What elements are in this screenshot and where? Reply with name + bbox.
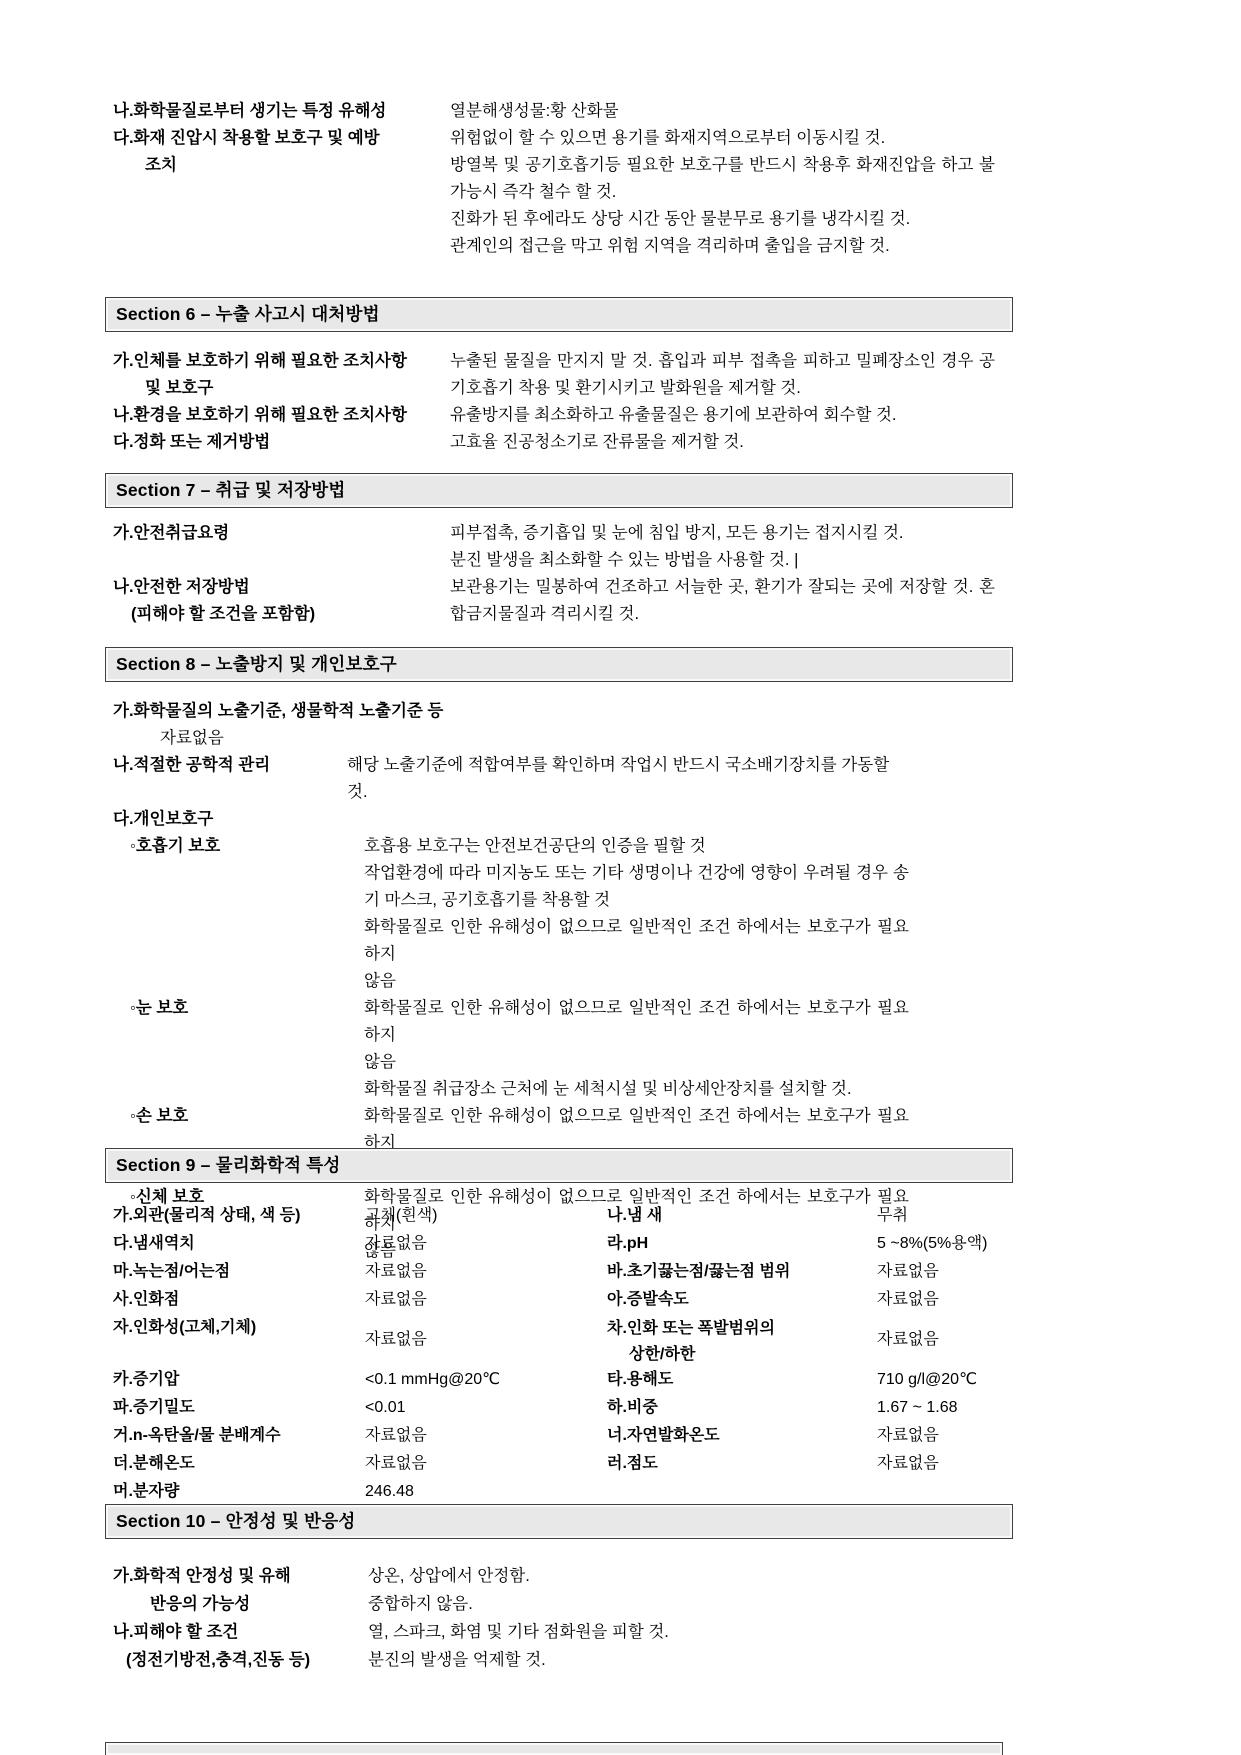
property-value: 자료없음: [365, 1258, 607, 1286]
label-line-2: 반응의 가능성: [113, 1590, 368, 1618]
value-line: 열분해생성물:황 산화물: [450, 98, 995, 125]
field-value: 열분해생성물:황 산화물: [450, 98, 995, 125]
field-label: 다.개인보호구: [113, 806, 1003, 833]
field-label: 가.화학물질의 노출기준, 생물학적 노출기준 등: [113, 698, 1003, 725]
value-line: 화학물질로 인한 유해성이 없으므로 일반적인 조건 하에서는 보호구가 필요하…: [364, 914, 909, 968]
section10-body: 가.화학적 안정성 및 유해 반응의 가능성 상온, 상압에서 안정함. 중합하…: [105, 1562, 1003, 1674]
value-line: 상온, 상압에서 안정함.: [368, 1562, 1003, 1590]
property-value: <0.01: [365, 1394, 607, 1422]
property-value: 고체(흰색): [365, 1202, 607, 1230]
ppe-row-respiratory: ◦호흡기 보호 호흡용 보호구는 안전보건공단의 인증을 필할 것 작업환경에 …: [113, 833, 1003, 995]
value-line: 분진 발생을 최소화할 수 있는 방법을 사용할 것. |: [450, 547, 995, 574]
property-label: 마.녹는점/어는점: [113, 1258, 365, 1286]
property-value: 자료없음: [365, 1450, 607, 1478]
section9-title: Section 9 – 물리화학적 특성: [116, 1152, 340, 1179]
property-value: [877, 1478, 1003, 1506]
field-row: 나.환경을 보호하기 위해 필요한 조치사항 유출방지를 최소화하고 유출물질은…: [113, 402, 1003, 429]
table-row: 마.녹는점/어는점 자료없음 바.초기끓는점/끓는점 범위 자료없음: [113, 1258, 1003, 1286]
property-label: 카.증기압: [113, 1366, 365, 1394]
property-value: 자료없음: [365, 1286, 607, 1314]
field-value: 상온, 상압에서 안정함. 중합하지 않음.: [368, 1562, 1003, 1618]
property-label: 하.비중: [607, 1394, 877, 1422]
section6-title: Section 6 – 누출 사고시 대처방법: [116, 301, 380, 328]
value-line: 화학물질로 인한 유해성이 없으므로 일반적인 조건 하에서는 보호구가 필요하…: [364, 995, 909, 1049]
property-value: 자료없음: [877, 1326, 1003, 1354]
section7-header: Section 7 – 취급 및 저장방법: [105, 473, 1013, 508]
value-line: 위험없이 할 수 있으면 용기를 화재지역으로부터 이동시킬 것.: [450, 125, 995, 152]
field-value: 고효율 진공청소기로 잔류물을 제거할 것.: [450, 429, 995, 456]
field-label: 나.환경을 보호하기 위해 필요한 조치사항: [113, 402, 450, 429]
property-value: 자료없음: [877, 1422, 1003, 1450]
label-line-2: (피해야 할 조건을 포함함): [113, 601, 450, 628]
ppe-row-eye: ◦눈 보호 화학물질로 인한 유해성이 없으므로 일반적인 조건 하에서는 보호…: [113, 995, 1003, 1103]
property-value: 1.67 ~ 1.68: [877, 1394, 1003, 1422]
table-row: 카.증기압 <0.1 mmHg@20℃ 타.용해도 710 g/l@20℃: [113, 1366, 1003, 1394]
value-line: 중합하지 않음.: [368, 1590, 1003, 1618]
property-label: 머.분자량: [113, 1478, 365, 1506]
section9-properties-table: 가.외관(물리적 상태, 색 등) 고체(흰색) 나.냄 새 무취 다.냄새역치…: [105, 1202, 1003, 1506]
field-value: 보관용기는 밀봉하여 건조하고 서늘한 곳, 환기가 잘되는 곳에 저장할 것.…: [450, 574, 995, 628]
label-line-1: 나.피해야 할 조건: [113, 1618, 368, 1646]
table-row: 더.분해온도 자료없음 러.점도 자료없음: [113, 1450, 1003, 1478]
field-row: 나.안전한 저장방법 (피해야 할 조건을 포함함) 보관용기는 밀봉하여 건조…: [113, 574, 1003, 628]
value-line: 누출된 물질을 만지지 말 것. 흡입과 피부 접촉을 피하고 밀폐장소인 경우…: [450, 348, 995, 402]
table-row: 파.증기밀도 <0.01 하.비중 1.67 ~ 1.68: [113, 1394, 1003, 1422]
property-label: 거.n-옥탄올/물 분배계수: [113, 1422, 365, 1450]
property-value: 무취: [877, 1202, 1003, 1230]
field-row: 나.피해야 할 조건 (정전기방전,충격,진동 등) 열, 스파크, 화염 및 …: [113, 1618, 1003, 1674]
property-label: 사.인화점: [113, 1286, 365, 1314]
label-line-2: 조치: [113, 152, 450, 179]
field-row: 가.화학적 안정성 및 유해 반응의 가능성 상온, 상압에서 안정함. 중합하…: [113, 1562, 1003, 1618]
value-line: 않음: [364, 1049, 909, 1076]
field-label: 나.적절한 공학적 관리: [113, 752, 347, 806]
section6-body: 가.인체를 보호하기 위해 필요한 조치사항 및 보호구 누출된 물질을 만지지…: [105, 348, 1003, 456]
property-label: [607, 1478, 877, 1506]
table-row: 사.인화점 자료없음 아.증발속도 자료없음: [113, 1286, 1003, 1314]
section9-header: Section 9 – 물리화학적 특성: [105, 1148, 1013, 1183]
field-row: 나.적절한 공학적 관리 해당 노출기준에 적합여부를 확인하며 작업시 반드시…: [113, 752, 1003, 806]
field-label: 가.안전취급요령: [113, 520, 450, 574]
table-row: 자.인화성(고체,기체) 자료없음 차.인화 또는 폭발범위의 상한/하한 자료…: [113, 1314, 1003, 1366]
value-line: 호흡용 보호구는 안전보건공단의 인증을 필할 것: [364, 833, 909, 860]
property-value: 자료없음: [877, 1450, 1003, 1478]
label-line-2: 상한/하한: [607, 1342, 877, 1368]
field-label: 나.피해야 할 조건 (정전기방전,충격,진동 등): [113, 1618, 368, 1674]
property-value: 자료없음: [365, 1326, 607, 1354]
property-label: 나.냄 새: [607, 1202, 877, 1230]
section8-header: Section 8 – 노출방지 및 개인보호구: [105, 647, 1013, 682]
field-label: 다.화재 진압시 착용할 보호구 및 예방 조치: [113, 125, 450, 260]
field-value: 누출된 물질을 만지지 말 것. 흡입과 피부 접촉을 피하고 밀폐장소인 경우…: [450, 348, 995, 402]
table-row: 머.분자량 246.48: [113, 1478, 1003, 1506]
property-value: 자료없음: [365, 1230, 607, 1258]
property-value: 5 ~8%(5%용액): [877, 1230, 1003, 1258]
section10-title: Section 10 – 안정성 및 반응성: [116, 1508, 355, 1535]
value-line: 유출방지를 최소화하고 유출물질은 용기에 보관하여 회수할 것.: [450, 402, 995, 429]
value-line: 진화가 된 후에라도 상당 시간 동안 물분무로 용기를 냉각시킬 것.: [450, 206, 995, 233]
field-label: 다.정화 또는 제거방법: [113, 429, 450, 456]
field-label: 나.안전한 저장방법 (피해야 할 조건을 포함함): [113, 574, 450, 628]
next-section-header-cutoff: [105, 1742, 1003, 1755]
property-label: 다.냄새역치: [113, 1230, 365, 1258]
property-label: 아.증발속도: [607, 1286, 877, 1314]
property-value: <0.1 mmHg@20℃: [365, 1366, 607, 1394]
property-label: 파.증기밀도: [113, 1394, 365, 1422]
property-label: 자.인화성(고체,기체): [113, 1314, 365, 1342]
field-value: 유출방지를 최소화하고 유출물질은 용기에 보관하여 회수할 것.: [450, 402, 995, 429]
property-label: 차.인화 또는 폭발범위의 상한/하한: [607, 1314, 877, 1368]
value-line: 작업환경에 따라 미지농도 또는 기타 생명이나 건강에 영향이 우려될 경우 …: [364, 860, 909, 914]
table-row: 가.외관(물리적 상태, 색 등) 고체(흰색) 나.냄 새 무취: [113, 1202, 1003, 1230]
field-value: 피부접촉, 증기흡입 및 눈에 침입 방지, 모든 용기는 접지시킬 것. 분진…: [450, 520, 995, 574]
label-line-1: 가.화학적 안정성 및 유해: [113, 1562, 368, 1590]
value-line: 피부접촉, 증기흡입 및 눈에 침입 방지, 모든 용기는 접지시킬 것.: [450, 520, 995, 547]
section7-body: 가.안전취급요령 피부접촉, 증기흡입 및 눈에 침입 방지, 모든 용기는 접…: [105, 520, 1003, 628]
property-value: 자료없음: [877, 1286, 1003, 1314]
value-line: 고효율 진공청소기로 잔류물을 제거할 것.: [450, 429, 995, 456]
field-row: 가.인체를 보호하기 위해 필요한 조치사항 및 보호구 누출된 물질을 만지지…: [113, 348, 1003, 402]
value-line: 해당 노출기준에 적합여부를 확인하며 작업시 반드시 국소배기장치를 가동할 …: [347, 752, 892, 806]
value-line: 관계인의 접근을 막고 위험 지역을 격리하며 출입을 금지할 것.: [450, 233, 995, 260]
field-row: 가.안전취급요령 피부접촉, 증기흡입 및 눈에 침입 방지, 모든 용기는 접…: [113, 520, 1003, 574]
field-row: 다.화재 진압시 착용할 보호구 및 예방 조치 위험없이 할 수 있으면 용기…: [113, 125, 1003, 260]
label-line-1: 다.화재 진압시 착용할 보호구 및 예방: [113, 125, 450, 152]
field-label: 나.화학물질로부터 생기는 특정 유해성: [113, 98, 450, 125]
field-label: 가.화학적 안정성 및 유해 반응의 가능성: [113, 1562, 368, 1618]
label-line-2: 및 보호구: [113, 375, 450, 402]
field-row: 다.정화 또는 제거방법 고효율 진공청소기로 잔류물을 제거할 것.: [113, 429, 1003, 456]
field-value: 호흡용 보호구는 안전보건공단의 인증을 필할 것 작업환경에 따라 미지농도 …: [364, 833, 909, 995]
field-value: 위험없이 할 수 있으면 용기를 화재지역으로부터 이동시킬 것. 방열복 및 …: [450, 125, 995, 260]
field-value: 열, 스파크, 화염 및 기타 점화원을 피할 것. 분진의 발생을 억제할 것…: [368, 1618, 1003, 1674]
value-line: 방열복 및 공기호흡기등 필요한 보호구를 반드시 착용후 화재진압을 하고 불…: [450, 152, 995, 206]
value-line: 분진의 발생을 억제할 것.: [368, 1646, 1003, 1674]
property-value: 자료없음: [877, 1258, 1003, 1286]
section6-header: Section 6 – 누출 사고시 대처방법: [105, 297, 1013, 332]
label-line-1: 차.인화 또는 폭발범위의: [607, 1316, 877, 1342]
property-label: 러.점도: [607, 1450, 877, 1478]
section10-header: Section 10 – 안정성 및 반응성: [105, 1504, 1013, 1539]
value-line: 열, 스파크, 화염 및 기타 점화원을 피할 것.: [368, 1618, 1003, 1646]
property-label: 가.외관(물리적 상태, 색 등): [113, 1202, 365, 1230]
property-value: 자료없음: [365, 1422, 607, 1450]
label-line-1: 가.인체를 보호하기 위해 필요한 조치사항: [113, 348, 450, 375]
property-value: 710 g/l@20℃: [877, 1366, 1003, 1394]
section5-firefighting-continued: 나.화학물질로부터 생기는 특정 유해성 열분해생성물:황 산화물 다.화재 진…: [105, 98, 1003, 260]
table-row: 거.n-옥탄올/물 분배계수 자료없음 너.자연발화온도 자료없음: [113, 1422, 1003, 1450]
property-label: 너.자연발화온도: [607, 1422, 877, 1450]
section7-title: Section 7 – 취급 및 저장방법: [116, 477, 346, 504]
field-label: ◦눈 보호: [113, 995, 364, 1103]
field-value: 화학물질로 인한 유해성이 없으므로 일반적인 조건 하에서는 보호구가 필요하…: [364, 995, 909, 1103]
field-label: ◦호흡기 보호: [113, 833, 364, 995]
value-line: 보관용기는 밀봉하여 건조하고 서늘한 곳, 환기가 잘되는 곳에 저장할 것.…: [450, 574, 995, 628]
value-line: 않음: [364, 968, 909, 995]
property-value: 246.48: [365, 1478, 607, 1506]
label-line-2: (정전기방전,충격,진동 등): [113, 1646, 368, 1674]
table-row: 다.냄새역치 자료없음 라.pH 5 ~8%(5%용액): [113, 1230, 1003, 1258]
property-label: 더.분해온도: [113, 1450, 365, 1478]
field-value: 자료없음: [113, 725, 1003, 752]
field-value: 해당 노출기준에 적합여부를 확인하며 작업시 반드시 국소배기장치를 가동할 …: [347, 752, 892, 806]
value-line: 화학물질 취급장소 근처에 눈 세척시설 및 비상세안장치를 설치할 것.: [364, 1076, 909, 1103]
property-label: 라.pH: [607, 1230, 877, 1258]
section8-title: Section 8 – 노출방지 및 개인보호구: [116, 651, 397, 678]
field-row: 나.화학물질로부터 생기는 특정 유해성 열분해생성물:황 산화물: [113, 98, 1003, 125]
label-line-1: 나.안전한 저장방법: [113, 574, 450, 601]
property-label: 타.용해도: [607, 1366, 877, 1394]
msds-document-page: 나.화학물질로부터 생기는 특정 유해성 열분해생성물:황 산화물 다.화재 진…: [0, 0, 1241, 1755]
property-label: 바.초기끓는점/끓는점 범위: [607, 1258, 877, 1286]
field-label: 가.인체를 보호하기 위해 필요한 조치사항 및 보호구: [113, 348, 450, 402]
